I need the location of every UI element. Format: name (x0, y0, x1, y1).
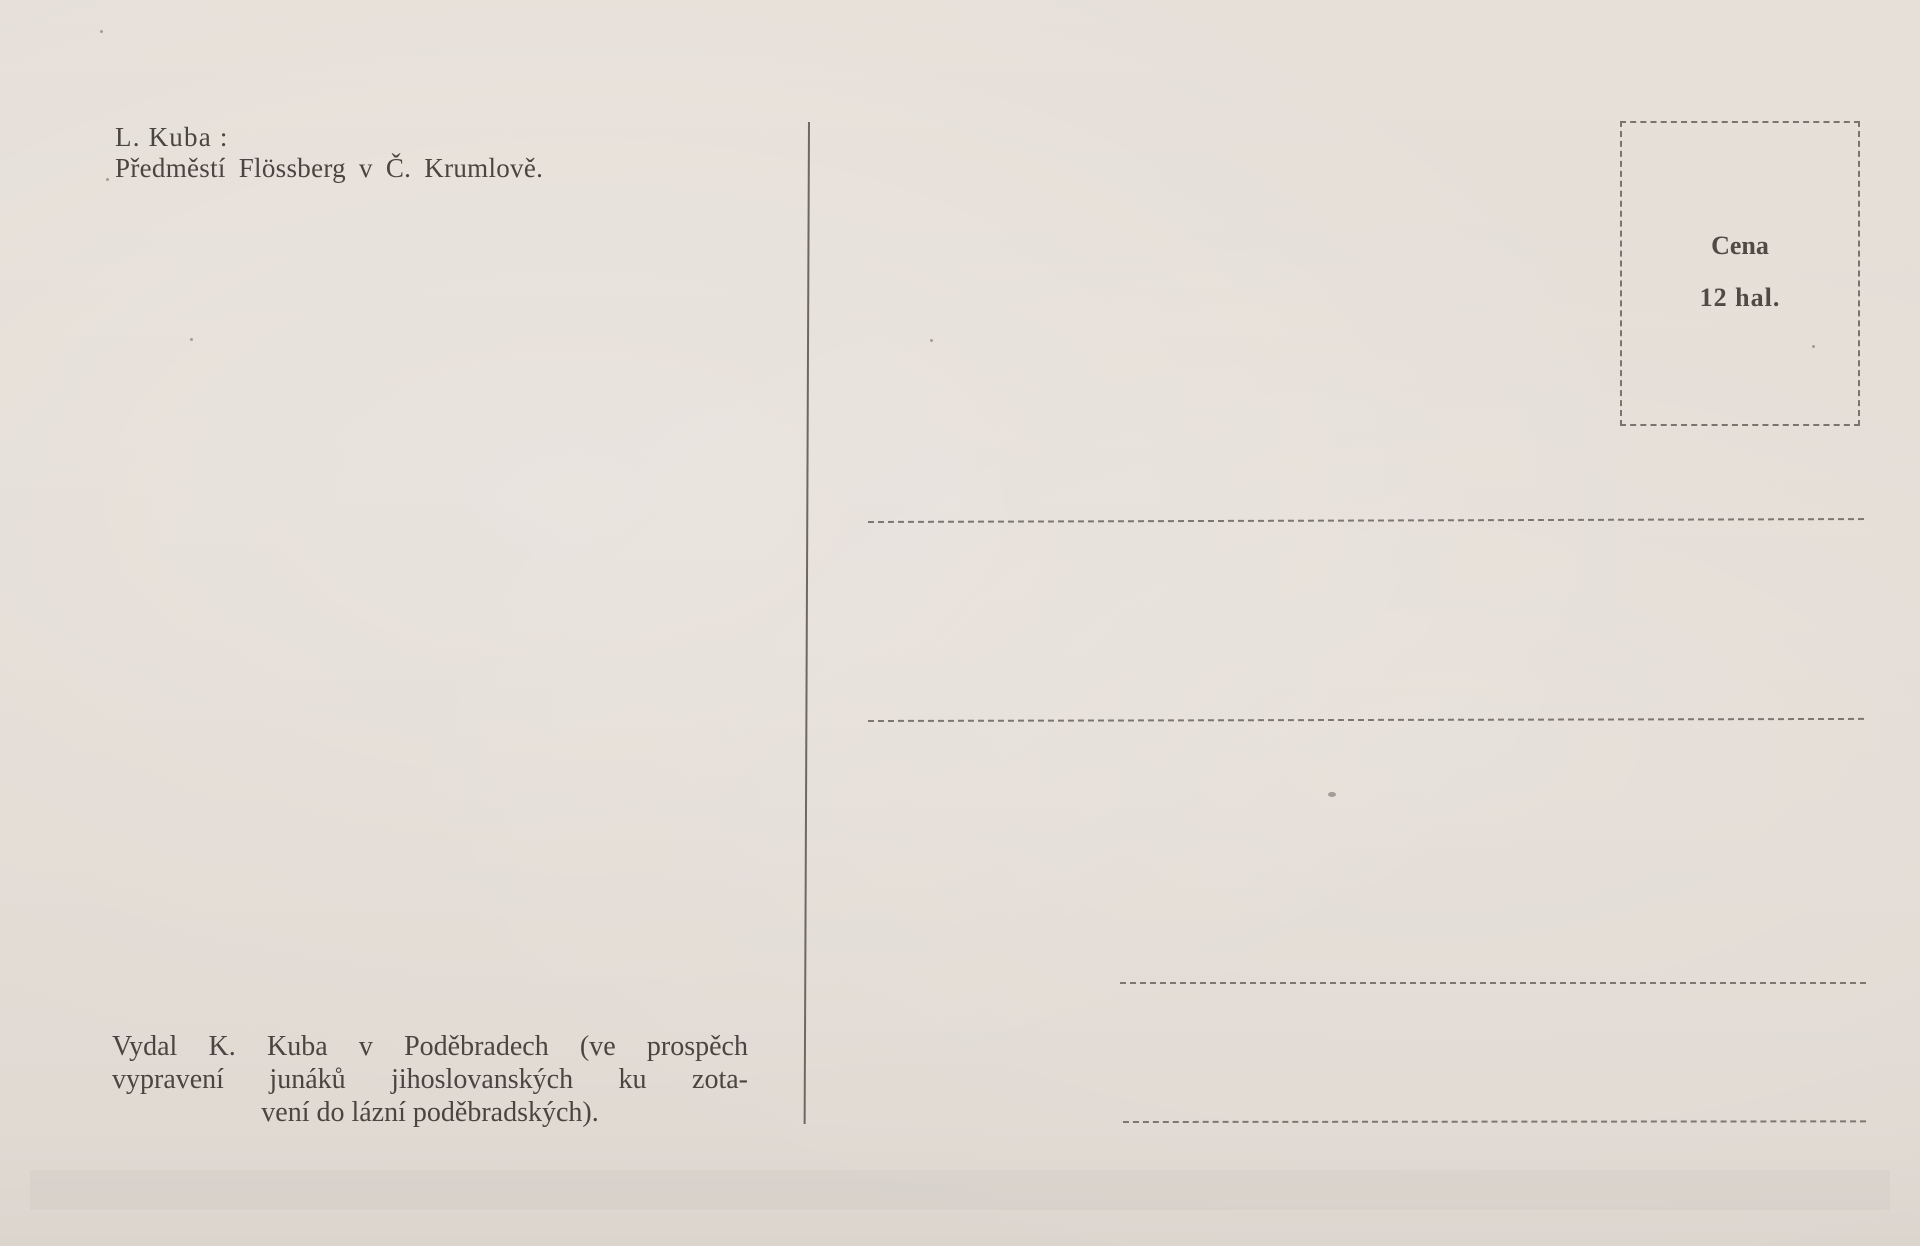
stamp-price-label: Cena (1622, 231, 1858, 261)
publisher-note-line-1: Vydal K. Kuba v Poděbradech (ve prospěch (112, 1030, 748, 1063)
address-line-3 (1120, 982, 1866, 984)
paper-speck (100, 30, 103, 33)
caption-title: Předměstí Flössberg v Č. Krumlově. (115, 153, 543, 184)
vertical-divider (804, 122, 810, 1124)
address-line-4 (1123, 1120, 1866, 1123)
caption-author: L. Kuba : (115, 122, 543, 153)
postcard-back: L. Kuba : Předměstí Flössberg v Č. Kruml… (0, 0, 1920, 1246)
image-caption: L. Kuba : Předměstí Flössberg v Č. Kruml… (115, 122, 543, 184)
publisher-note-line-3: vení do lázní poděbradských). (112, 1096, 748, 1129)
paper-speck (1812, 345, 1815, 348)
publisher-note: Vydal K. Kuba v Poděbradech (ve prospěch… (112, 1030, 748, 1129)
paper-speck (190, 338, 193, 341)
paper-discoloration-band (30, 1170, 1890, 1210)
paper-speck (1328, 792, 1336, 797)
paper-speck (106, 178, 109, 181)
address-line-1 (868, 518, 1864, 523)
address-line-2 (868, 718, 1864, 722)
stamp-price-value: 12 hal. (1622, 283, 1858, 313)
paper-speck (930, 339, 933, 342)
stamp-box: Cena 12 hal. (1620, 121, 1860, 426)
publisher-note-line-2: vypravení junáků jihoslovanských ku zota… (112, 1063, 748, 1096)
